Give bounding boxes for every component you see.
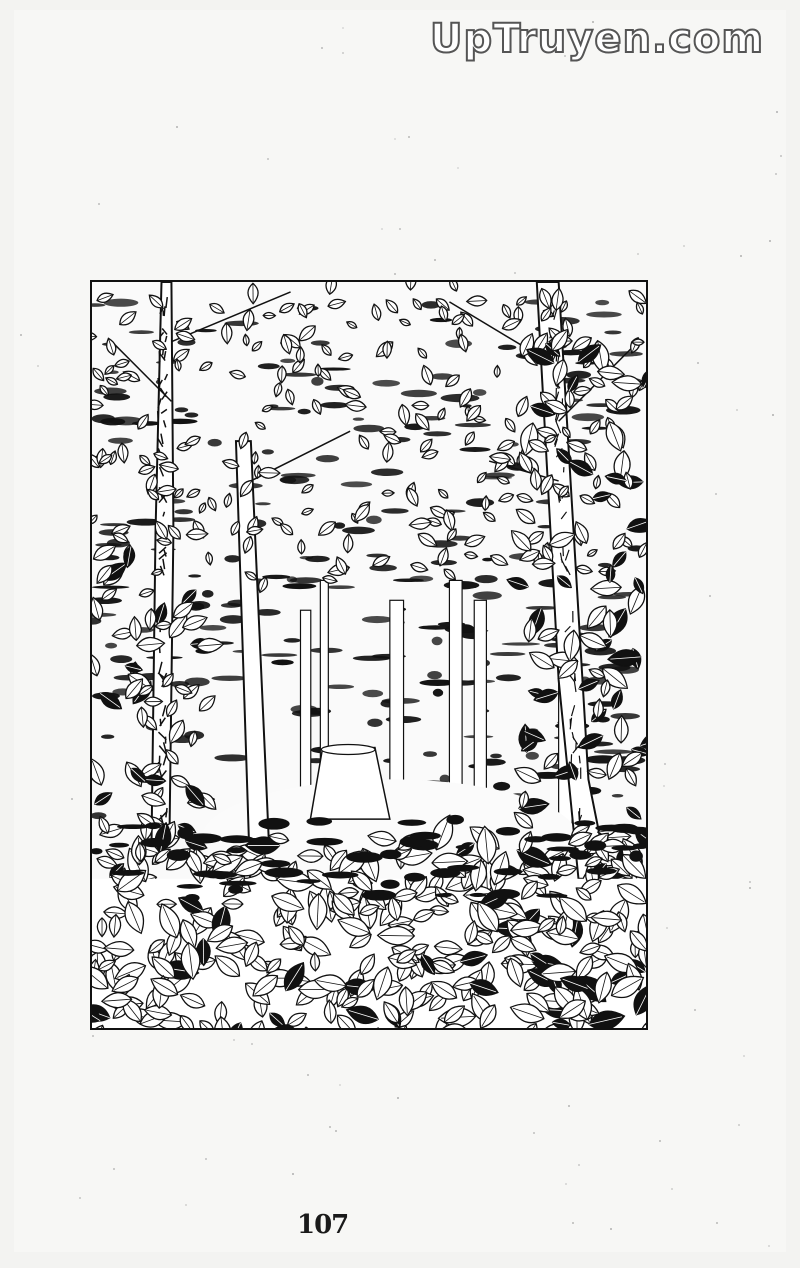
- paper-speck: [749, 887, 751, 889]
- paper-speck: [592, 21, 594, 23]
- paper-speck: [715, 493, 717, 495]
- paper-speck: [176, 126, 178, 128]
- paper-speck: [98, 203, 100, 205]
- paper-speck: [610, 1228, 612, 1230]
- paper-speck: [637, 253, 639, 255]
- paper-speck: [572, 1222, 574, 1224]
- paper-speck: [342, 27, 344, 29]
- paper-speck: [292, 1173, 294, 1175]
- paper-speck: [434, 259, 436, 261]
- paper-speck: [743, 1055, 745, 1057]
- forest-illustration: [92, 282, 646, 1028]
- page-number: 107: [297, 1210, 348, 1240]
- forest-illustration-panel: [90, 280, 648, 1030]
- paper-speck: [568, 1105, 570, 1107]
- paper-speck: [533, 1132, 535, 1134]
- watermark: UpTruyen.com: [430, 16, 764, 62]
- paper-speck: [37, 365, 39, 367]
- paper-speck: [267, 158, 269, 160]
- paper-speck: [339, 1084, 341, 1086]
- paper-speck: [679, 42, 681, 44]
- paper-speck: [738, 1124, 740, 1126]
- paper-speck: [780, 155, 782, 157]
- paper-speck: [20, 334, 22, 336]
- paper-speck: [578, 1164, 580, 1166]
- paper-speck: [394, 138, 396, 140]
- paper-speck: [408, 136, 410, 138]
- paper-speck: [769, 240, 771, 242]
- paper-speck: [335, 1130, 337, 1132]
- paper-speck: [394, 273, 396, 275]
- paper-speck: [776, 111, 778, 113]
